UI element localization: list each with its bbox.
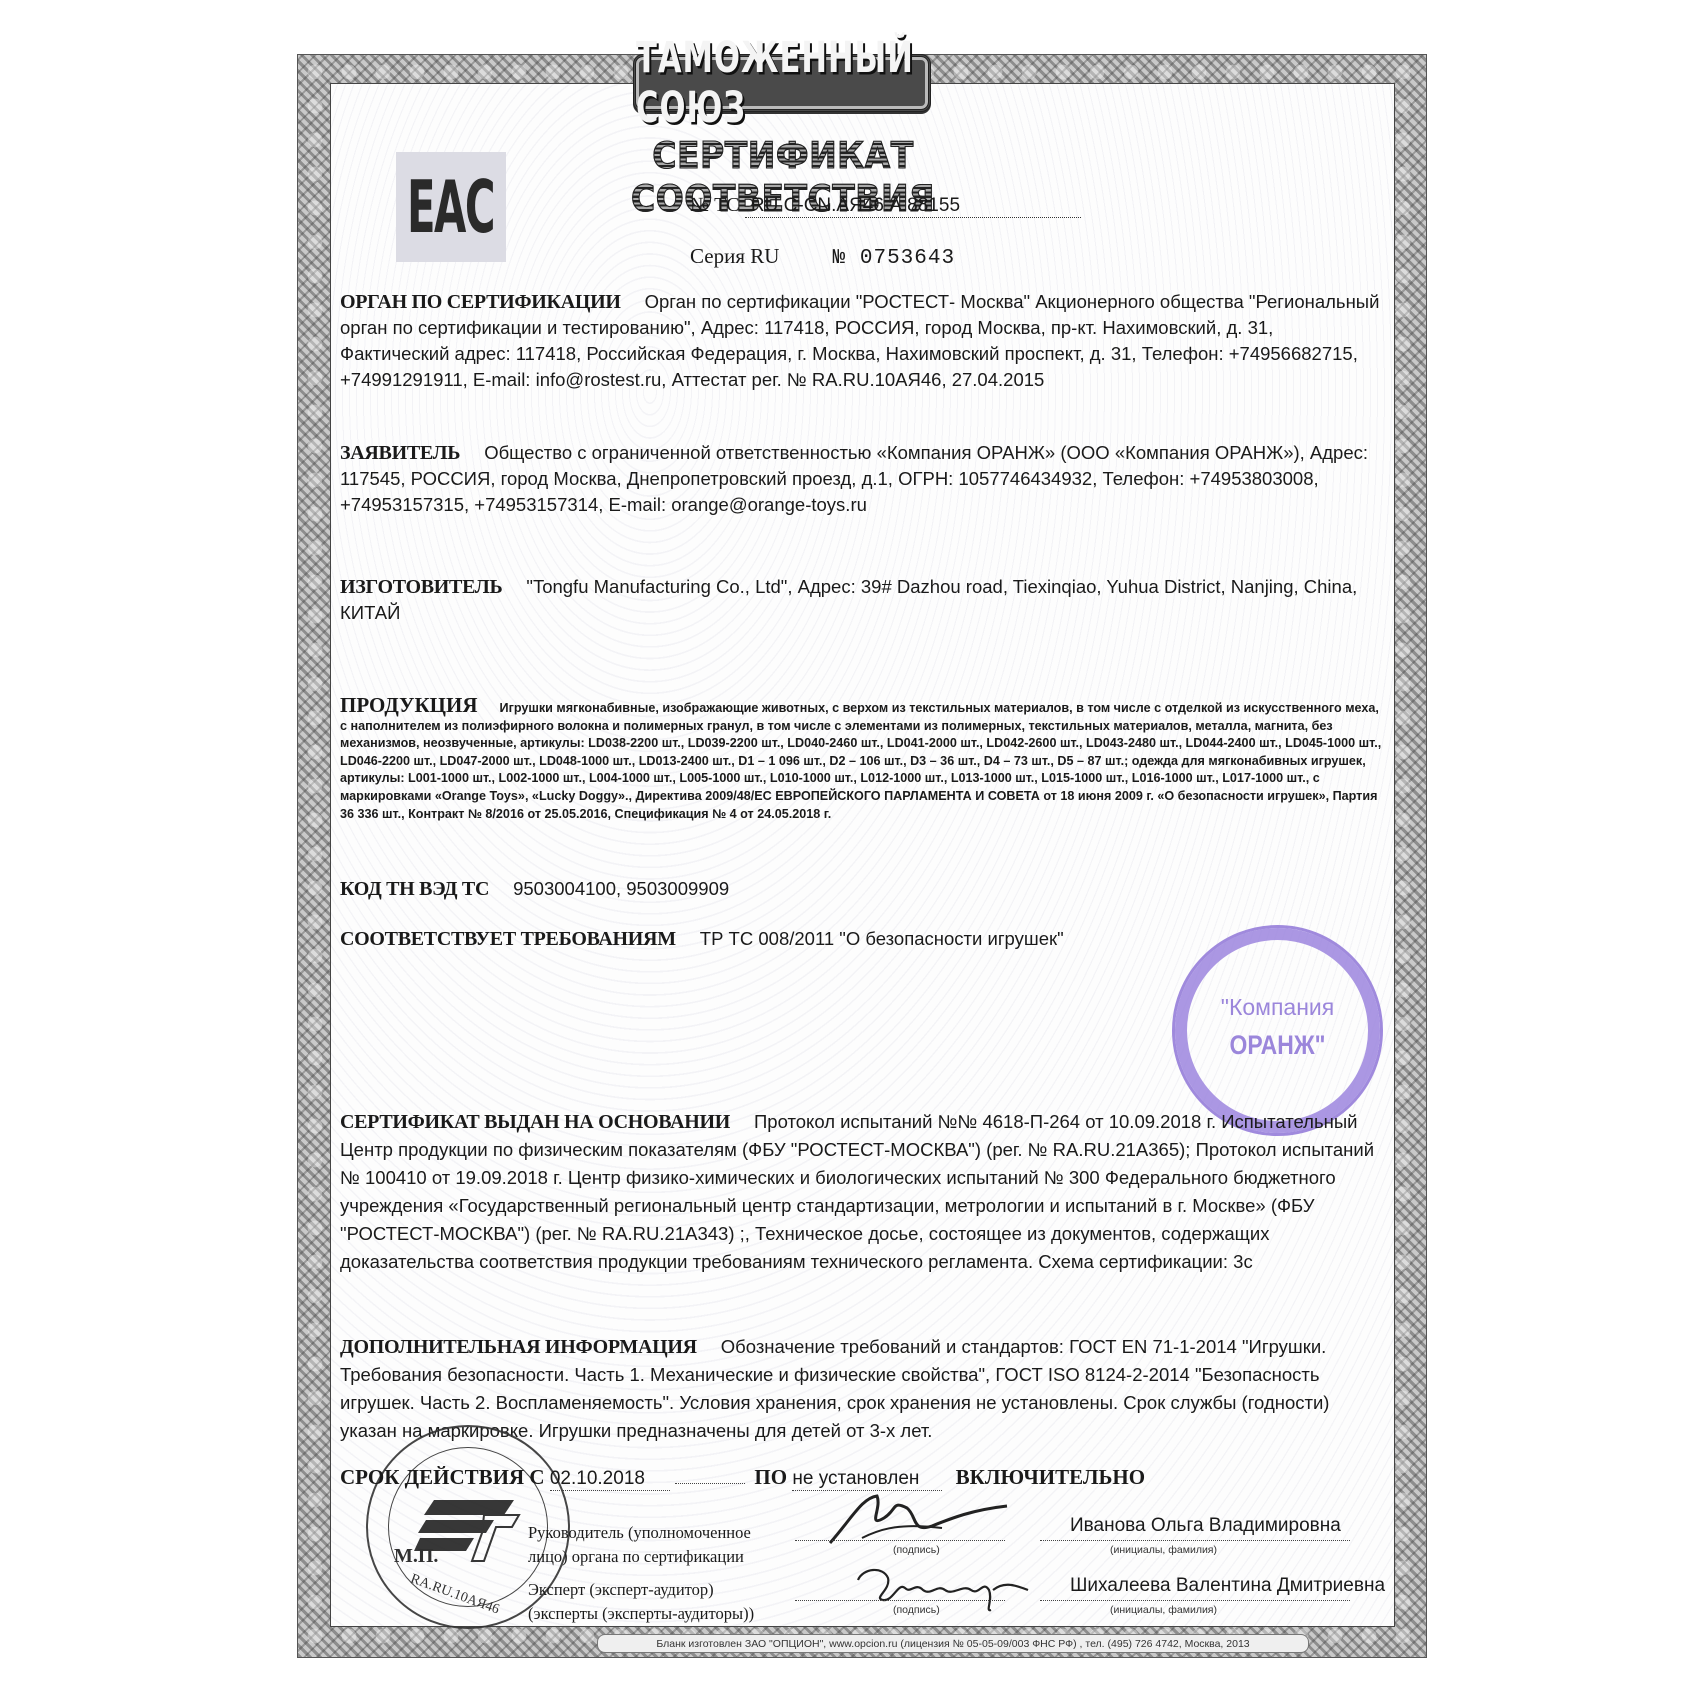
valid-from: 02.10.2018 xyxy=(550,1468,670,1491)
section-tn-ved-code: КОД ТН ВЭД ТС9503004100, 9503009909 xyxy=(340,876,1385,902)
section-heading: ИЗГОТОВИТЕЛЬ xyxy=(340,576,502,598)
blank-printer-footer: Бланк изготовлен ЗАО "ОПЦИОН", www.opcio… xyxy=(597,1634,1309,1653)
certificate-number: № ТС RU C-CN.АЯ46.А.88155 xyxy=(690,194,1081,218)
customs-union-text: ТАМОЖЕННЫЙ СОЮЗ xyxy=(636,33,928,133)
section-text: Общество с ограниченной ответственностью… xyxy=(340,442,1368,515)
customs-union-banner: ТАМОЖЕННЫЙ СОЮЗ xyxy=(633,54,931,112)
section-heading: ЗАЯВИТЕЛЬ xyxy=(340,442,460,464)
section-text: ТР ТС 008/2011 "О безопасности игрушек" xyxy=(694,928,1064,949)
validity-period: СРОК ДЕЙСТВИЯ С 02.10.2018 ПО не установ… xyxy=(340,1465,1145,1491)
section-heading: ПРОДУКЦИЯ xyxy=(340,693,478,717)
expert-name: Шихалеева Валентина Дмитриевна xyxy=(1070,1575,1385,1597)
section-applicant: ЗАЯВИТЕЛЬОбщество с ограниченной ответст… xyxy=(340,440,1385,518)
section-text: Игрушки мягконабивные, изображающие живо… xyxy=(340,701,1381,821)
section-heading: СООТВЕТСТВУЕТ ТРЕБОВАНИЯМ xyxy=(340,928,676,950)
section-heading: СЕРТИФИКАТ ВЫДАН НА ОСНОВАНИИ xyxy=(340,1111,730,1133)
section-text: Протокол испытаний №№ 4618-П-264 от 10.0… xyxy=(340,1111,1374,1272)
section-manufacturer: ИЗГОТОВИТЕЛЬ"Tongfu Manufacturing Co., L… xyxy=(340,574,1385,626)
section-heading: ОРГАН ПО СЕРТИФИКАЦИИ xyxy=(340,291,621,313)
head-role-label: Руководитель (уполномоченное лицо) орган… xyxy=(528,1521,751,1569)
certificate-number-value: RU C-CN.АЯ46.А.88155 xyxy=(745,195,1081,218)
section-text: 9503004100, 9503009909 xyxy=(507,878,729,899)
series-number: Серия RU № 0753643 xyxy=(690,244,955,270)
eac-logo-icon: ЕАС xyxy=(396,152,506,262)
blank-number: № 0753643 xyxy=(833,247,955,270)
section-products: ПРОДУКЦИЯИгрушки мягконабивные, изобража… xyxy=(340,697,1385,823)
section-issued-basis: СЕРТИФИКАТ ВЫДАН НА ОСНОВАНИИПротокол ис… xyxy=(340,1108,1385,1276)
section-heading: ДОПОЛНИТЕЛЬНАЯ ИНФОРМАЦИЯ xyxy=(340,1336,697,1358)
expert-role-label: Эксперт (эксперт-аудитор) (эксперты (экс… xyxy=(528,1578,754,1626)
signature-expert xyxy=(853,1560,1033,1615)
signature-head xyxy=(822,1488,1012,1548)
head-name: Иванова Ольга Владимировна xyxy=(1070,1515,1341,1537)
section-heading: КОД ТН ВЭД ТС xyxy=(340,878,489,900)
company-stamp: "Компания ОРАНЖ" xyxy=(1172,925,1383,1136)
section-certification-body: ОРГАН ПО СЕРТИФИКАЦИИОрган по сертификац… xyxy=(340,289,1385,393)
